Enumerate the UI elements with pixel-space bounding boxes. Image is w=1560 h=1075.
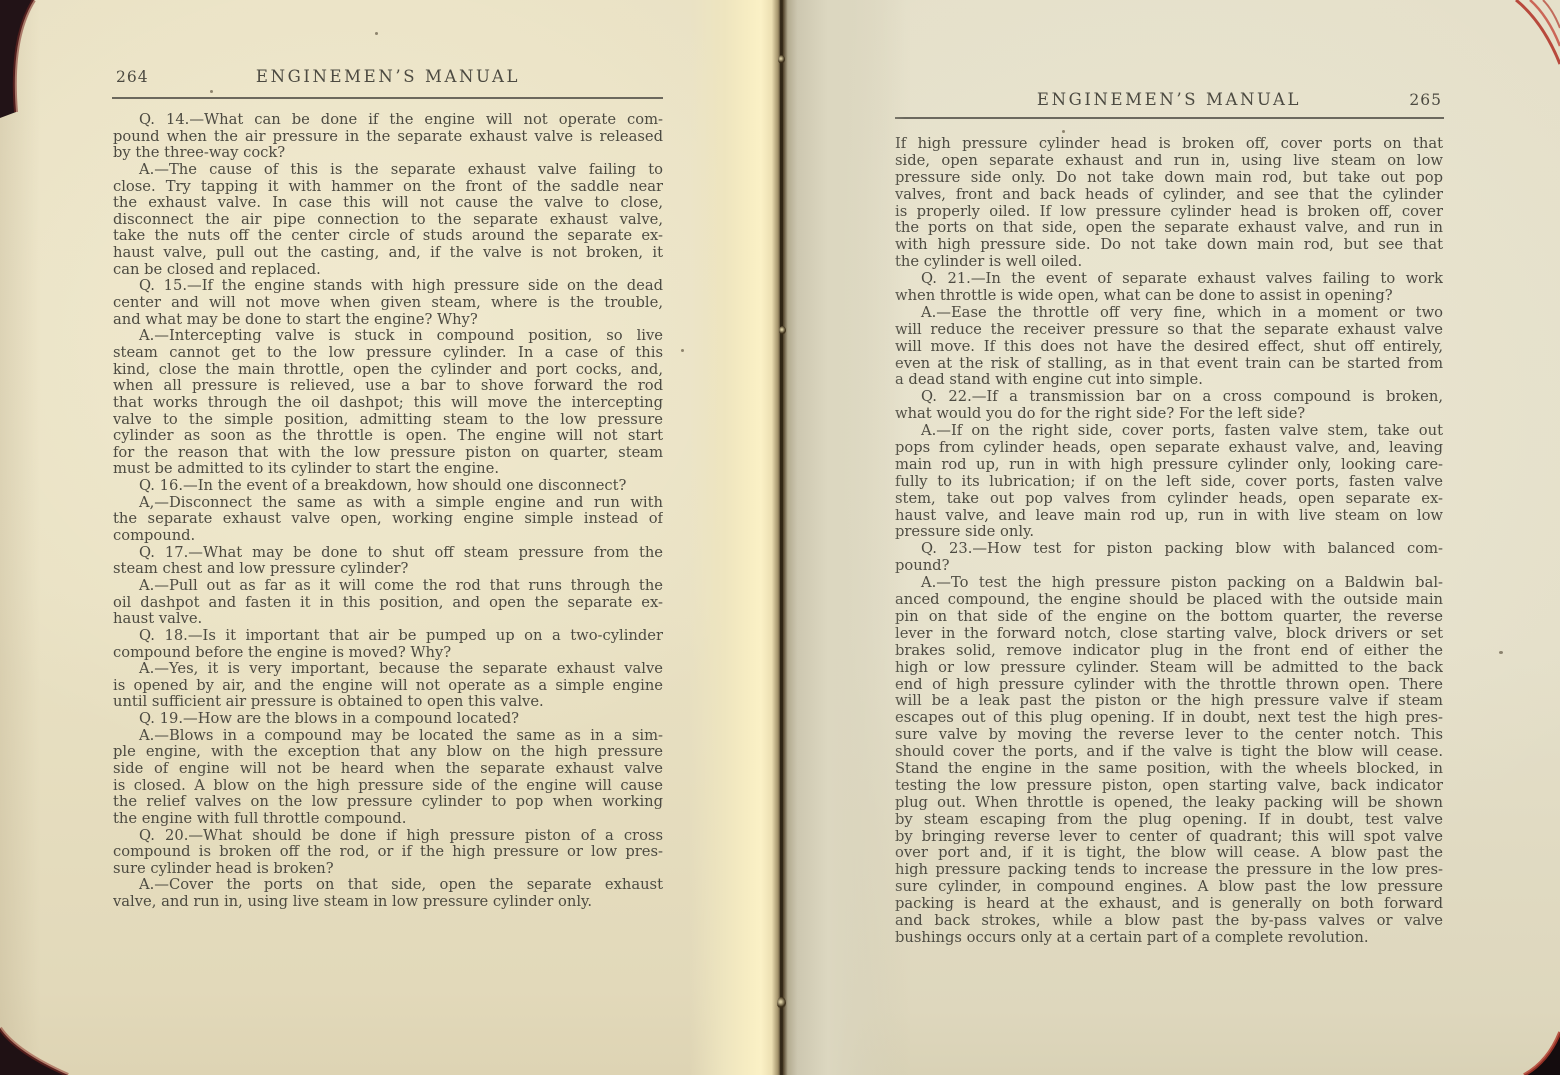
text-line: and what may be done to start the engine…	[113, 312, 663, 329]
paragraph: Q. 19.—How are the blows in a compound l…	[113, 711, 663, 728]
page-body-right: If high pressure cylinder head is broken…	[895, 136, 1443, 947]
text-line: compound is broken off the rod, or if th…	[113, 844, 663, 861]
text-line: fully to its lubrication; if on the left…	[895, 474, 1443, 491]
paragraph: If high pressure cylinder head is broken…	[895, 136, 1443, 271]
text-line: compound before the engine is moved? Why…	[113, 645, 663, 662]
paragraph: A.—If on the right side, cover ports, fa…	[895, 423, 1443, 541]
text-line: close. Try tapping it with hammer on the…	[113, 179, 663, 196]
header-rule-right	[895, 117, 1444, 119]
paragraph: Q. 21.—In the event of separate exhaust …	[895, 271, 1443, 305]
running-title-left: ENGINEMEN’S MANUAL	[113, 67, 663, 86]
text-line: what would you do for the right side? Fo…	[895, 406, 1443, 423]
text-line: escapes out of this plug opening. If in …	[895, 710, 1443, 727]
text-line: is closed. A blow on the high pressure s…	[113, 778, 663, 795]
text-line: center and will not move when given stea…	[113, 295, 663, 312]
text-line: Q. 22.—If a transmission bar on a cross …	[895, 389, 1443, 406]
paragraph: Q. 17.—What may be done to shut off stea…	[113, 545, 663, 578]
text-line: the ports on that side, open the separat…	[895, 220, 1443, 237]
text-line: pound when the air pressure in the separ…	[113, 129, 663, 146]
paragraph: A.—Blows in a compound may be located th…	[113, 728, 663, 828]
text-line: sure valve by moving the reverse lever t…	[895, 727, 1443, 744]
text-line: for the reason that with the low pressur…	[113, 445, 663, 462]
paragraph: Q. 18.—Is it important that air be pumpe…	[113, 628, 663, 661]
text-line: the separate exhaust valve open, working…	[113, 511, 663, 528]
text-line: A.—To test the high pressure piston pack…	[895, 575, 1443, 592]
text-line: Q. 14.—What can be done if the engine wi…	[113, 112, 663, 129]
page-header-right: ENGINEMEN’S MANUAL 265	[895, 90, 1443, 112]
text-line: Q. 18.—Is it important that air be pumpe…	[113, 628, 663, 645]
text-line: is opened by air, and the engine will no…	[113, 678, 663, 695]
text-line: cylinder as soon as the throttle is open…	[113, 428, 663, 445]
text-line: main rod up, run in with high pressure c…	[895, 457, 1443, 474]
text-line: A.—If on the right side, cover ports, fa…	[895, 423, 1443, 440]
text-line: over port and, if it is tight, the blow …	[895, 845, 1443, 862]
page-right: ENGINEMEN’S MANUAL 265 If high pressure …	[782, 0, 1560, 1075]
paragraph: A.—Cover the ports on that side, open th…	[113, 877, 663, 910]
text-line: haust valve, pull out the casting, and, …	[113, 245, 663, 262]
text-line: lever in the forward notch, close starti…	[895, 626, 1443, 643]
text-line: A.—Yes, it is very important, because th…	[113, 661, 663, 678]
paragraph: Q. 14.—What can be done if the engine wi…	[113, 112, 663, 162]
text-line: will reduce the receiver pressure so tha…	[895, 322, 1443, 339]
text-line: a dead stand with engine cut into simple…	[895, 372, 1443, 389]
text-line: haust valve, and leave main rod up, run …	[895, 508, 1443, 525]
text-line: Q. 21.—In the event of separate exhaust …	[895, 271, 1443, 288]
text-line: compound.	[113, 528, 663, 545]
text-line: valve to the simple position, admitting …	[113, 412, 663, 429]
text-line: Q. 23.—How test for piston packing blow …	[895, 541, 1443, 558]
paragraph: Q. 15.—If the engine stands with high pr…	[113, 278, 663, 328]
text-line: end of high pressure cylinder with the t…	[895, 677, 1443, 694]
paragraph: A.—Ease the throttle off very fine, whic…	[895, 305, 1443, 389]
text-line: brakes solid, remove indicator plug in t…	[895, 643, 1443, 660]
text-line: by the three-way cock?	[113, 145, 663, 162]
text-line: sure cylinder, in compound engines. A bl…	[895, 879, 1443, 896]
page-number-right: 265	[1409, 91, 1442, 109]
text-line: A.—Blows in a compound may be located th…	[113, 728, 663, 745]
paragraph: Q. 23.—How test for piston packing blow …	[895, 541, 1443, 575]
text-line: If high pressure cylinder head is broken…	[895, 136, 1443, 153]
text-line: the engine with full throttle compound.	[113, 811, 663, 828]
text-line: valve, and run in, using live steam in l…	[113, 894, 663, 911]
text-line: anced compound, the engine should be pla…	[895, 592, 1443, 609]
text-line: Q. 20.—What should be done if high press…	[113, 828, 663, 845]
text-line: steam chest and low pressure cylinder?	[113, 561, 663, 578]
text-line: must be admitted to its cylinder to star…	[113, 461, 663, 478]
paragraph: A.—Yes, it is very important, because th…	[113, 661, 663, 711]
text-line: Q. 16.—In the event of a breakdown, how …	[113, 478, 663, 495]
text-line: A.—Ease the throttle off very fine, whic…	[895, 305, 1443, 322]
book-scan: 264 ENGINEMEN’S MANUAL Q. 14.—What can b…	[0, 0, 1560, 1075]
text-line: should cover the ports, and if the valve…	[895, 744, 1443, 761]
text-line: when throttle is wide open, what can be …	[895, 288, 1443, 305]
text-line: steam cannot get to the low pressure cyl…	[113, 345, 663, 362]
text-line: testing the low pressure piston, open st…	[895, 778, 1443, 795]
paragraph: A.—To test the high pressure piston pack…	[895, 575, 1443, 947]
text-line: valves, front and back heads of cylinder…	[895, 187, 1443, 204]
text-line: disconnect the air pipe connection to th…	[113, 212, 663, 229]
text-line: when all pressure is relieved, use a bar…	[113, 378, 663, 395]
text-line: even at the risk of stalling, as in that…	[895, 356, 1443, 373]
text-line: will move. If this does not have the des…	[895, 339, 1443, 356]
paragraph: A.—Intercepting valve is stuck in compou…	[113, 328, 663, 478]
text-line: pressure side only. Do not take down mai…	[895, 170, 1443, 187]
text-line: high or low pressure cylinder. Steam wil…	[895, 660, 1443, 677]
text-line: side, open separate exhaust and run in, …	[895, 153, 1443, 170]
text-line: A.—Cover the ports on that side, open th…	[113, 877, 663, 894]
text-line: side of engine will not be heard when th…	[113, 761, 663, 778]
text-line: the exhaust valve. In case this will not…	[113, 195, 663, 212]
text-line: with high pressure side. Do not take dow…	[895, 237, 1443, 254]
text-line: will be a leak past the piston or the hi…	[895, 693, 1443, 710]
text-line: take the nuts off the center circle of s…	[113, 228, 663, 245]
text-line: pops from cylinder heads, open separate …	[895, 440, 1443, 457]
text-line: pressure side only.	[895, 524, 1443, 541]
text-line: Q. 19.—How are the blows in a compound l…	[113, 711, 663, 728]
text-line: the cylinder is well oiled.	[895, 254, 1443, 271]
text-line: bushings occurs only at a certain part o…	[895, 930, 1443, 947]
text-line: oil dashpot and fasten it in this positi…	[113, 595, 663, 612]
text-line: A,—Disconnect the same as with a simple …	[113, 495, 663, 512]
page-left: 264 ENGINEMEN’S MANUAL Q. 14.—What can b…	[0, 0, 782, 1075]
text-line: pin on that side of the engine on the bo…	[895, 609, 1443, 626]
text-line: by steam escaping from the plug opening.…	[895, 812, 1443, 829]
text-line: the relief valves on the low pressure cy…	[113, 794, 663, 811]
paragraph: Q. 16.—In the event of a breakdown, how …	[113, 478, 663, 495]
text-line: until sufficient air pressure is obtaine…	[113, 694, 663, 711]
paragraph: Q. 22.—If a transmission bar on a cross …	[895, 389, 1443, 423]
text-line: is properly oiled. If low pressure cylin…	[895, 204, 1443, 221]
text-line: kind, close the main throttle, open the …	[113, 362, 663, 379]
text-line: and back strokes, while a blow past the …	[895, 913, 1443, 930]
text-line: A.—Intercepting valve is stuck in compou…	[113, 328, 663, 345]
running-title-right: ENGINEMEN’S MANUAL	[895, 90, 1443, 109]
paragraph: A.—The cause of this is the separate exh…	[113, 162, 663, 278]
text-line: Q. 17.—What may be done to shut off stea…	[113, 545, 663, 562]
text-line: can be closed and replaced.	[113, 262, 663, 279]
page-body-left: Q. 14.—What can be done if the engine wi…	[113, 112, 663, 911]
text-line: pound?	[895, 558, 1443, 575]
text-line: by bringing reverse lever to center of q…	[895, 829, 1443, 846]
text-line: plug out. When throttle is opened, the l…	[895, 795, 1443, 812]
paragraph: A.—Pull out as far as it will come the r…	[113, 578, 663, 628]
text-line: haust valve.	[113, 611, 663, 628]
text-line: Stand the engine in the same position, w…	[895, 761, 1443, 778]
text-line: packing is heard at the exhaust, and is …	[895, 896, 1443, 913]
text-line: ple engine, with the exception that any …	[113, 744, 663, 761]
header-rule-left	[112, 97, 663, 99]
text-line: stem, take out pop valves from cylinder …	[895, 491, 1443, 508]
text-line: high pressure packing tends to increase …	[895, 862, 1443, 879]
paragraph: Q. 20.—What should be done if high press…	[113, 828, 663, 878]
text-line: A.—Pull out as far as it will come the r…	[113, 578, 663, 595]
text-line: A.—The cause of this is the separate exh…	[113, 162, 663, 179]
text-line: Q. 15.—If the engine stands with high pr…	[113, 278, 663, 295]
text-line: sure cylinder head is broken?	[113, 861, 663, 878]
page-header-left: 264 ENGINEMEN’S MANUAL	[113, 67, 663, 89]
text-line: that works through the oil dashpot; this…	[113, 395, 663, 412]
paragraph: A,—Disconnect the same as with a simple …	[113, 495, 663, 545]
